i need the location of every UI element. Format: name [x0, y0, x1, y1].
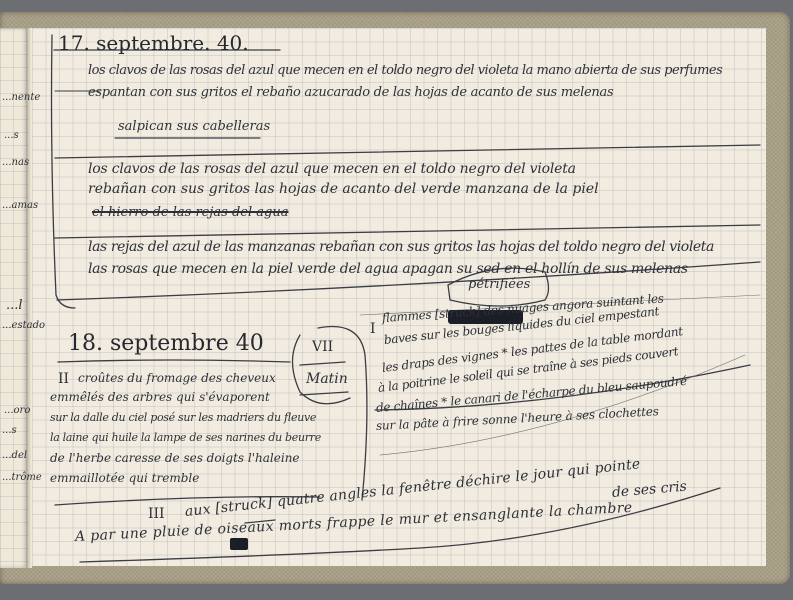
left-fragment: ...estado — [2, 320, 45, 331]
left-fragment: ...oro — [4, 405, 30, 416]
section-II-line: de l'herbe caresse de ses doigts l'halei… — [50, 452, 300, 464]
entry1-block3-line2: las rosas que mecen en la piel verde del… — [88, 262, 688, 276]
left-fragment: ...nas — [2, 157, 29, 168]
circled-roman: VII — [312, 340, 333, 354]
section-II-line: croûtes du fromage des cheveux — [78, 372, 276, 384]
entry1-block1-line3: salpican sus cabelleras — [118, 120, 270, 133]
entry2-date: 18. septembre 40 — [68, 333, 264, 355]
section-III-numeral: III — [148, 507, 165, 521]
left-fragment: ...l — [6, 298, 23, 313]
left-fragment: ...trôme — [2, 472, 42, 483]
entry1-block1-line1: los clavos de las rosas del azul que mec… — [88, 64, 722, 77]
entry1-block1-line2: espantan con sus gritos el rebaño azucar… — [88, 86, 613, 99]
left-fragment: ...amas — [2, 200, 38, 211]
section-II-line: sur la dalle du ciel posé sur les madrie… — [50, 412, 316, 423]
entry1-block2-line1: los clavos de las rosas del azul que mec… — [88, 162, 576, 176]
left-fragment: ...nente — [2, 92, 40, 103]
entry1-date: 17. septembre. 40. — [58, 33, 249, 53]
section-II-line: emmêlés des arbres qui s'évaporent — [50, 391, 270, 403]
left-fragment: ...s — [4, 130, 19, 141]
entry1-block2-line3: el hierro de las rejas del agua — [92, 206, 288, 219]
section-II-line: emmaillotée qui tremble — [50, 472, 199, 484]
section-II-line: la laine qui huile la lampe de ses narin… — [50, 432, 321, 443]
circled-matin: Matin — [306, 372, 348, 386]
entry1-block3-line1: las rejas del azul de las manzanas rebañ… — [88, 240, 714, 254]
section-I-numeral: I — [370, 322, 376, 336]
left-fragment: ...s — [2, 425, 17, 436]
left-fragment: ...del — [2, 450, 27, 461]
entry1-block2-line2: rebañan con sus gritos las hojas de acan… — [88, 182, 599, 196]
section-II-numeral: II — [58, 372, 69, 386]
boxed-word: pétrifiées — [468, 278, 530, 291]
